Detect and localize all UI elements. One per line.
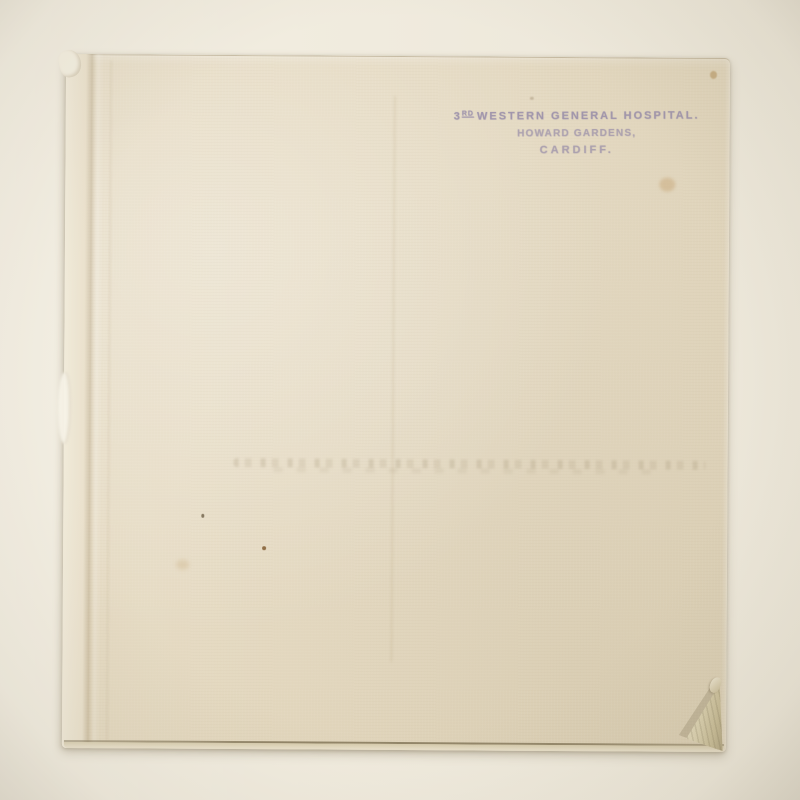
brown-dot xyxy=(262,546,266,550)
spine-crease xyxy=(106,60,112,740)
tiny-speck-top xyxy=(530,97,534,100)
cover-center-crease xyxy=(390,96,395,662)
stamp-ordinal: RD xyxy=(462,111,474,118)
faded-illegible-band-echo xyxy=(274,467,664,474)
faint-smudge xyxy=(176,560,189,570)
dark-speck xyxy=(201,514,204,518)
stain-spot-top-right xyxy=(710,71,717,79)
stamp-line-3: CARDIFF. xyxy=(442,142,712,160)
spine-edge-wear xyxy=(58,372,71,444)
stamp-line-1: 3RDWESTERN GENERAL HOSPITAL. xyxy=(442,105,712,126)
stain-blotch-right xyxy=(659,178,675,192)
stamp-line-2: HOWARD GARDENS, xyxy=(442,125,712,143)
folded-corner-flap xyxy=(680,678,728,754)
hospital-ink-stamp: 3RDWESTERN GENERAL HOSPITAL. HOWARD GARD… xyxy=(442,105,712,160)
book-cover: 3RDWESTERN GENERAL HOSPITAL. HOWARD GARD… xyxy=(62,54,730,752)
photograph-background: 3RDWESTERN GENERAL HOSPITAL. HOWARD GARD… xyxy=(0,0,800,800)
stamp-hospital-name: WESTERN GENERAL HOSPITAL. xyxy=(477,110,700,123)
folded-corner-curl xyxy=(708,676,723,694)
folded-corner xyxy=(680,678,728,754)
